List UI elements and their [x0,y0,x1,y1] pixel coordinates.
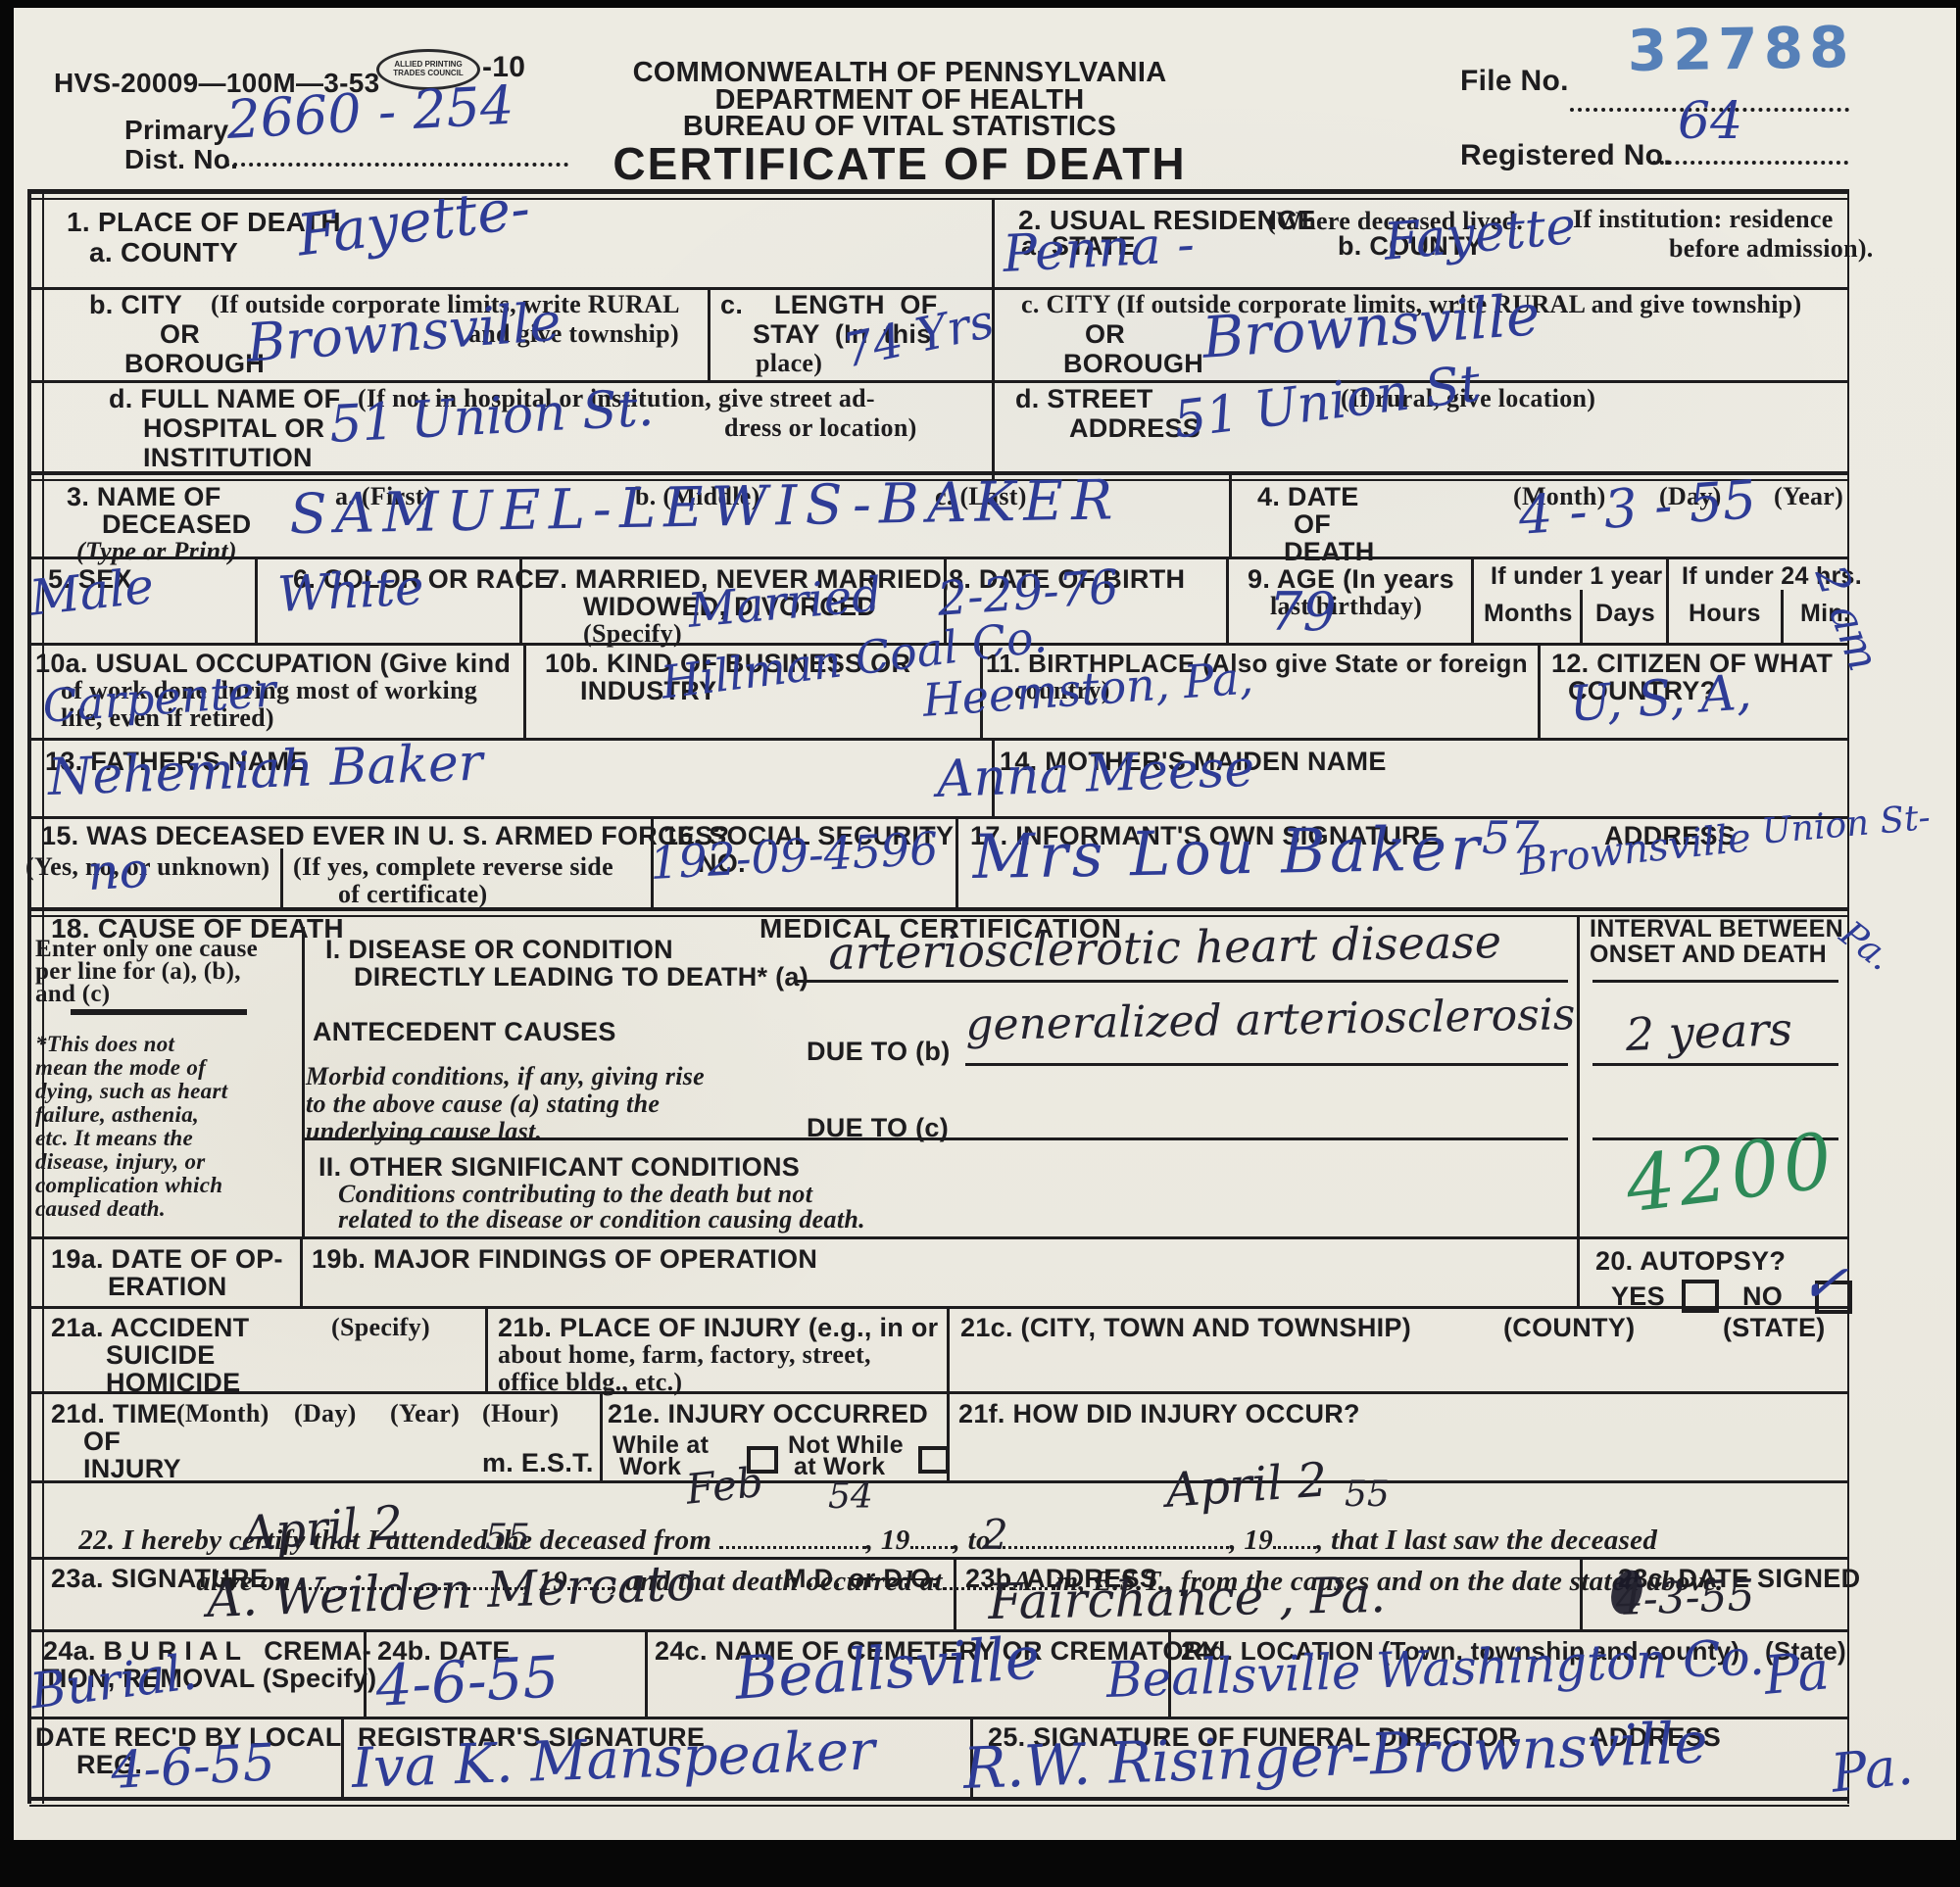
s3-label2: DECEASED [102,511,251,538]
s21d-label: 21d. TIME [51,1401,177,1427]
s1b-label: b. CITY [89,292,182,318]
cert-hour-value: 2 [982,1515,1008,1556]
s18-morbid2: to the above cause (a) stating the [306,1091,660,1117]
s18-cond1: Conditions contributing to the death but… [338,1182,812,1207]
s2-hint2: If institution: residence [1573,207,1834,232]
vrule [1577,915,1580,1306]
s2d-value: 51 Union St [1171,359,1483,447]
s21c-label: 21c. (CITY, TOWN AND TOWNSHIP) [960,1315,1411,1341]
s18-note1: *This does not [35,1033,174,1055]
s4-year: (Year) [1774,484,1843,509]
s21a-label3: HOMICIDE [106,1370,240,1396]
s9-under1: If under 1 year [1491,564,1662,589]
rule [29,1797,1849,1801]
vrule [1538,643,1541,738]
s19a-label2: ERATION [108,1274,227,1300]
s9-value: 79 [1269,586,1337,639]
s18-note3: dying, such as heart [35,1080,227,1102]
s3-label: 3. NAME OF [67,484,221,510]
s18-code-stamp: 4200 [1622,1123,1839,1225]
s21b-label2: about home, farm, factory, street, [498,1342,871,1368]
cert-from-yr-value: 54 [828,1479,873,1515]
cert-from-value: Feb [684,1462,765,1511]
dist-no-label: Dist. No. [124,146,238,173]
s18-interval-label2: ONSET AND DEATH [1590,943,1827,967]
vrule [1471,556,1474,643]
s1c-label: c. [720,292,743,318]
s21a-specify: (Specify) [331,1315,430,1340]
s1d-label2: HOSPITAL OR [143,415,324,442]
rule [29,198,1849,200]
s19a-label: 19a. DATE OF OP- [51,1246,283,1273]
s1d-label3: INSTITUTION [143,445,313,471]
s21d-label3: INJURY [83,1456,181,1482]
s18-cause-b-value: generalized arteriosclerosis [965,993,1576,1047]
s24b-value: 4-6-55 [374,1648,561,1715]
s18-note4: failure, asthenia, [35,1103,199,1126]
rule [29,556,1849,559]
scanned-death-certificate: HVS-20009—100M—3-53 ALLIED PRINTING TRAD… [0,0,1960,1887]
s18-note7: complication which [35,1174,222,1196]
s4-label: 4. DATE [1257,484,1359,510]
s1a-label: a. COUNTY [89,239,238,266]
s21e-label: 21e. INJURY OCCURRED [608,1401,928,1427]
s18-note2: mean the mode of [35,1056,206,1079]
s20-no-label: NO [1742,1283,1783,1310]
file-no-label: File No. [1460,67,1569,96]
s5-value: Male [27,561,156,623]
s14-value: Anna Meese [936,744,1255,805]
s21a-label2: SUICIDE [106,1342,216,1369]
registered-no-value: 64 [1678,96,1742,147]
s9-hours: Hours [1689,602,1761,626]
vrule [27,189,31,1804]
s21d-hour: (Hour) [482,1401,559,1427]
do-label-struck: or D.O. [849,1564,939,1593]
vrule [600,1391,603,1480]
rule [794,980,1568,983]
s21b-label: 21b. PLACE OF INJURY (e.g., in or [498,1315,938,1341]
s20-yes-label: YES [1611,1283,1665,1310]
rule [29,816,1849,819]
s18-I-label: I. DISEASE OR CONDITION [325,937,673,963]
cert-to-value: April 2 [1164,1457,1329,1515]
cert-to-yr-value: 55 [1345,1477,1390,1513]
s18-due-b: DUE TO (b) [807,1039,951,1065]
autopsy-no-check-mark: ✓ [1797,1252,1850,1314]
s18-note5: etc. It means the [35,1127,193,1149]
md-label: M.D. [784,1564,849,1593]
s21d-label2: OF [83,1428,121,1455]
s18-interval-label: INTERVAL BETWEEN [1590,917,1843,942]
s21a-label: 21a. ACCIDENT [51,1315,249,1341]
s6-value: White [276,562,425,619]
vrule [1847,189,1849,1804]
injury-not-at-work-checkbox [918,1446,950,1474]
s2a-value: Penna - [1002,219,1196,280]
vrule [302,927,305,1236]
vrule [947,1306,950,1391]
s17-address-street: Union St- [1760,800,1932,850]
s2c-borough: BOROUGH [1063,351,1203,377]
s2b-value: Fayette [1382,201,1578,268]
s15-hint2: (If yes, complete reverse side [293,854,613,880]
vrule [1666,556,1669,643]
s18-note8: caused death. [35,1197,166,1220]
s21d-month: (Month) [176,1401,269,1427]
date-signed-value: 4-3-55 [1615,1574,1755,1622]
s3-label3: (Type or Print) [76,539,237,564]
primary-label: Primary [124,117,228,144]
s18-cause-a-value: arteriosclerotic heart disease [828,919,1501,976]
file-no-stamp: 32788 [1627,14,1855,84]
rule [29,1805,1849,1807]
s21d-year: (Year) [390,1401,460,1427]
rule [29,380,1849,383]
s9-months: Months [1484,602,1573,626]
s21d-day: (Day) [294,1401,357,1427]
rule [1592,1063,1838,1066]
rule [1592,980,1838,983]
header-commonwealth: COMMONWEALTH OF PENNSYLVANIA [633,59,1167,87]
s18-morbid3: underlying cause last. [306,1119,542,1144]
s1d-value: 51 Union St. [328,383,655,451]
s18-antecedent: ANTECEDENT CAUSES [313,1019,616,1045]
s18-note6: disease, injury, or [35,1150,206,1173]
header-bureau: BUREAU OF VITAL STATISTICS [683,113,1116,141]
s1b-or: OR [160,321,200,348]
rule [29,907,1849,911]
s7-value: Married [686,571,884,635]
dist-no-value: 2660 - 254 [225,79,515,147]
s21d-est: m. E.S.T. [482,1450,594,1476]
vrule [485,1306,488,1391]
s17-signature-value: Mrs Lou Baker [972,818,1484,888]
s1d-label: d. FULL NAME OF [109,386,340,412]
scan-edge-right [1956,0,1960,1887]
s15-value: no [86,846,150,897]
s20-label: 20. AUTOPSY? [1595,1248,1786,1275]
physician-address: Fairchance , Pa. [988,1571,1386,1626]
s2-hint3: before admission). [1669,236,1874,262]
s18-enter3: and (c) [35,982,110,1006]
s18-cond2: related to the disease or condition caus… [338,1207,865,1233]
registrar-signature: Iva K. Manspeaker [351,1723,876,1797]
s17-address-city: Brownsville [1517,818,1753,882]
s2c-or: OR [1085,321,1125,348]
funeral-director-state: Pa. [1829,1739,1915,1800]
s21b-label3: office bldg., etc.) [498,1370,682,1395]
s4-value: 4 - 3 - 55 [1517,473,1758,543]
rule [29,1306,1849,1309]
s21e-while2: Work [619,1455,681,1479]
s15-hint3: of certificate) [338,882,487,907]
autopsy-yes-checkbox [1682,1280,1719,1313]
s16-value: 192-09-4596 [649,826,940,886]
s4-label2: OF [1294,511,1331,538]
vrule [1781,590,1784,643]
scan-edge-left [0,0,14,1887]
s3-value: SAMUEL-LEWIS-BAKER [289,473,1121,543]
s7-label3: (Specify) [583,621,682,647]
vrule [255,556,258,643]
certificate-title: CERTIFICATE OF DEATH [612,141,1186,186]
scan-edge-top [0,0,1960,8]
s9-days: Days [1595,602,1655,626]
rule [29,1391,1849,1394]
vrule [280,848,283,907]
vrule [955,816,958,907]
s1d-hint2: dress or location) [724,415,917,441]
registered-no-label: Registered No. [1460,141,1672,170]
s18-I-label2: DIRECTLY LEADING TO DEATH* (a) [354,964,808,991]
s21c-county: (COUNTY) [1503,1315,1635,1341]
date-recd-value: 4-6-55 [110,1737,276,1797]
vrule [1226,556,1229,643]
s24d-state-value: Pa [1762,1644,1832,1703]
vrule [300,1236,303,1306]
rule [302,1137,1568,1140]
s1c-label3: place) [756,351,822,376]
vrule [1580,590,1583,643]
rule [71,1009,247,1015]
s18-morbid1: Morbid conditions, if any, giving rise [306,1064,705,1089]
s4-label3: DEATH [1284,539,1375,565]
s21c-state: (STATE) [1723,1315,1826,1341]
s18-II-label: II. OTHER SIGNIFICANT CONDITIONS [318,1154,800,1181]
s18-interval-b-value: 2 years [1625,1006,1793,1057]
certificate-paper: HVS-20009—100M—3-53 ALLIED PRINTING TRAD… [14,6,1958,1840]
s13-value: Nehemiah Baker [47,738,483,803]
md-do-label: M.D. or D.O. [784,1566,939,1592]
s2d-label: d. STREET [1015,386,1153,412]
s12-value: U, S, A, [1568,667,1753,729]
s21f-label: 21f. HOW DID INJURY OCCUR? [958,1401,1360,1427]
rule [29,1480,1849,1483]
cert-alive-value: April 2 [240,1500,405,1558]
vrule [645,1629,648,1717]
s19b-label: 19b. MAJOR FINDINGS OF OPERATION [312,1246,817,1273]
cert-alive-yr-value: 55 [485,1521,530,1556]
rule [29,189,1849,194]
vrule [1229,475,1232,556]
scan-edge-bottom [0,1840,1960,1887]
vrule [523,643,526,738]
vrule [708,287,710,380]
rule [965,1063,1568,1066]
s1b-borough: BOROUGH [124,351,265,377]
